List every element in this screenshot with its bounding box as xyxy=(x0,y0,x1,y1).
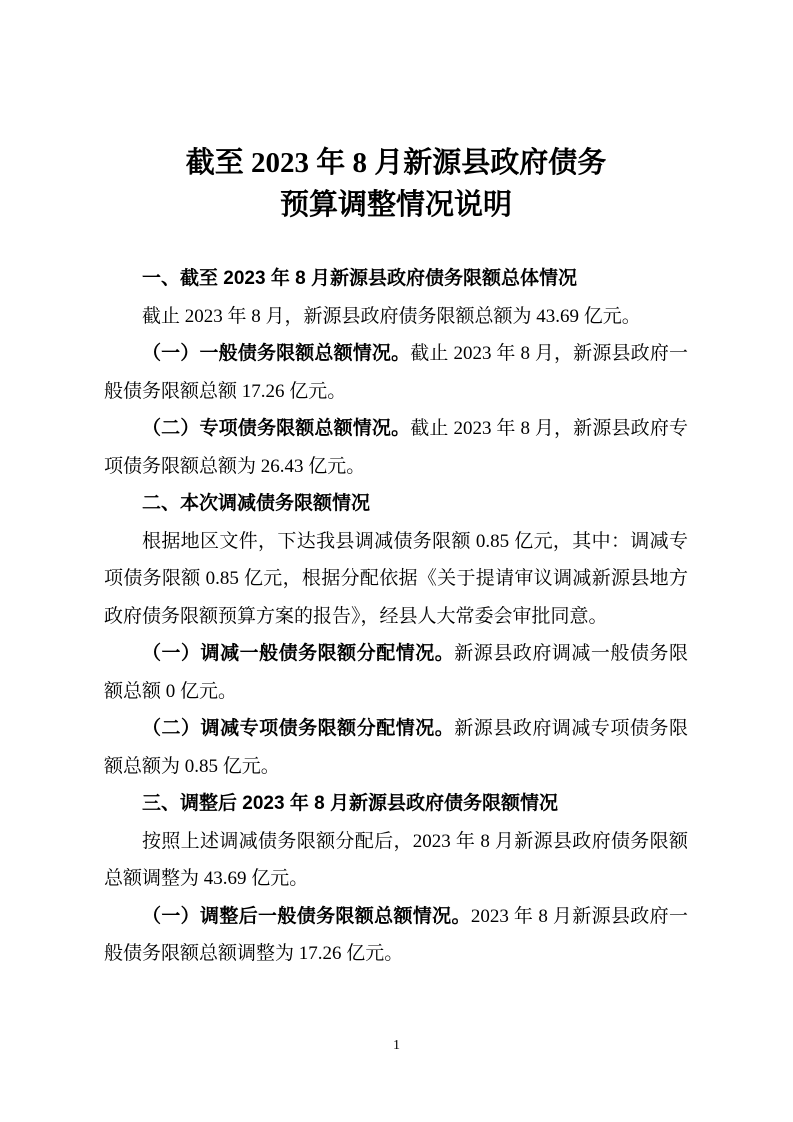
paragraph-bold-lead: （一）调整后一般债务限额总额情况。 xyxy=(142,906,471,927)
paragraph-bold-lead: （一）调减一般债务限额分配情况。 xyxy=(142,643,454,664)
document-title: 截至 2023 年 8 月新源县政府债务 预算调整情况说明 xyxy=(104,142,688,226)
paragraph-bold-lead: （二）调减专项债务限额分配情况。 xyxy=(142,718,454,739)
document-page: 截至 2023 年 8 月新源县政府债务 预算调整情况说明 一、截至 2023 … xyxy=(0,0,793,1122)
paragraph: 截止 2023 年 8 月，新源县政府债务限额总额为 43.69 亿元。 xyxy=(104,298,688,336)
document-title-line1: 截至 2023 年 8 月新源县政府债务 xyxy=(104,142,688,184)
paragraph-bold-lead: （二）专项债务限额总额情况。 xyxy=(142,418,410,439)
section-heading: 二、本次调减债务限额情况 xyxy=(104,485,688,523)
paragraph: 根据地区文件，下达我县调减债务限额 0.85 亿元，其中：调减专项债务限额 0.… xyxy=(104,523,688,636)
document-body: 一、截至 2023 年 8 月新源县政府债务限额总体情况截止 2023 年 8 … xyxy=(104,260,688,973)
document-title-line2: 预算调整情况说明 xyxy=(104,184,688,226)
paragraph: 按照上述调减债务限额分配后，2023 年 8 月新源县政府债务限额总额调整为 4… xyxy=(104,823,688,898)
paragraph: （二）专项债务限额总额情况。截止 2023 年 8 月，新源县政府专项债务限额总… xyxy=(104,410,688,485)
paragraph: （一）一般债务限额总额情况。截止 2023 年 8 月，新源县政府一般债务限额总… xyxy=(104,335,688,410)
section-heading: 三、调整后 2023 年 8 月新源县政府债务限额情况 xyxy=(104,785,688,823)
paragraph-bold-lead: （一）一般债务限额总额情况。 xyxy=(142,343,410,364)
paragraph: （二）调减专项债务限额分配情况。新源县政府调减专项债务限额总额为 0.85 亿元… xyxy=(104,710,688,785)
paragraph: （一）调减一般债务限额分配情况。新源县政府调减一般债务限额总额 0 亿元。 xyxy=(104,635,688,710)
section-heading: 一、截至 2023 年 8 月新源县政府债务限额总体情况 xyxy=(104,260,688,298)
document-content: 截至 2023 年 8 月新源县政府债务 预算调整情况说明 一、截至 2023 … xyxy=(104,0,688,973)
page-number: 1 xyxy=(0,1038,793,1054)
paragraph: （一）调整后一般债务限额总额情况。2023 年 8 月新源县政府一般债务限额总额… xyxy=(104,898,688,973)
